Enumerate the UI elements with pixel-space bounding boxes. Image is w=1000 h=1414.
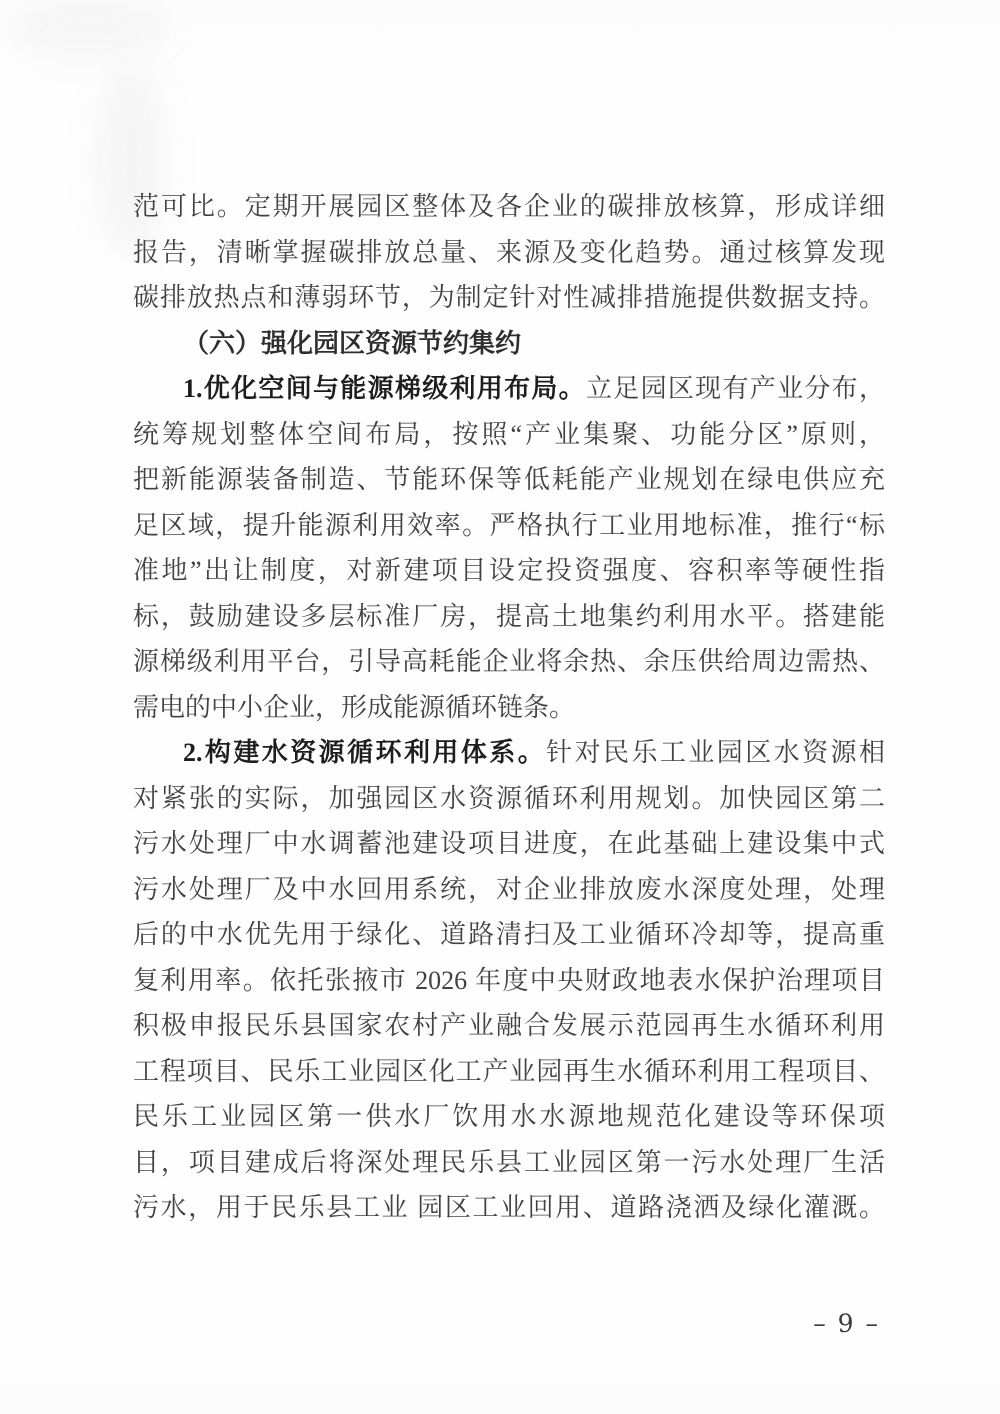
text-line: 污水处理厂及中水回用系统，对企业排放废水深度处理，处理 (133, 867, 885, 913)
line-text: 碳排放热点和薄弱环节，为制定针对性减排措施提供数据支持。 (133, 283, 885, 312)
line-text: 范可比。定期开展园区整体及各企业的碳排放核算，形成详细 (133, 192, 885, 221)
line-text: 报告，清晰掌握碳排放总量、来源及变化趋势。通过核算发现 (133, 238, 885, 267)
line-text: 针对民乐工业园区水资源相 (546, 738, 885, 767)
text-line: 标，鼓励建设多层标准厂房，提高土地集约利用水平。搭建能 (133, 594, 885, 640)
text-line: 目，项目建成后将深处理民乐县工业园区第一污水处理厂生活 (133, 1140, 885, 1186)
line-text: 把新能源装备制造、节能环保等低耗能产业规划在绿电供应充 (133, 465, 885, 494)
line-text: 统筹规划整体空间布局，按照“产业集聚、功能分区”原则， (133, 420, 885, 449)
line-text: 目，项目建成后将深处理民乐县工业园区第一污水处理厂生活 (133, 1148, 885, 1177)
text-line: 把新能源装备制造、节能环保等低耗能产业规划在绿电供应充 (133, 457, 885, 503)
scan-artifact (10, 0, 170, 60)
text-line: 污水处理厂中水调蓄池建设项目进度，在此基础上建设集中式 (133, 821, 885, 867)
line-text: 立足园区现有产业分布， (586, 374, 885, 403)
line-text: 对紧张的实际，加强园区水资源循环利用规划。加快园区第二 (133, 784, 885, 813)
subheading-line: 2.构建水资源循环利用体系。针对民乐工业园区水资源相 (133, 730, 885, 776)
document-page: 范可比。定期开展园区整体及各企业的碳排放核算，形成详细 报告，清晰掌握碳排放总量… (0, 0, 1000, 1414)
line-lead: 1.优化空间与能源梯级利用布局。 (183, 374, 586, 403)
section-heading: （六）强化园区资源节约集约 (133, 321, 885, 367)
text-line: 范可比。定期开展园区整体及各企业的碳排放核算，形成详细 (133, 184, 885, 230)
line-text: 准地”出让制度，对新建项目设定投资强度、容积率等硬性指 (133, 556, 885, 585)
line-text: 需电的中小企业，形成能源循环链条。 (133, 693, 575, 722)
text-line: 碳排放热点和薄弱环节，为制定针对性减排措施提供数据支持。 (133, 275, 885, 321)
line-text: 工程项目、民乐工业园区化工产业园再生水循环利用工程项目、 (133, 1057, 885, 1086)
line-text: 污水处理厂及中水回用系统，对企业排放废水深度处理，处理 (133, 875, 885, 904)
text-line: 后的中水优先用于绿化、道路清扫及工业循环冷却等，提高重 (133, 912, 885, 958)
text-line: 工程项目、民乐工业园区化工产业园再生水循环利用工程项目、 (133, 1049, 885, 1095)
line-text: 复利用率。依托张掖市 2026 年度中央财政地表水保护治理项目 (133, 966, 885, 995)
text-line: 足区域，提升能源利用效率。严格执行工业用地标准，推行“标 (133, 503, 885, 549)
text-line: 积极申报民乐县国家农村产业融合发展示范园再生水循环利用 (133, 1003, 885, 1049)
line-lead: 2.构建水资源循环利用体系。 (183, 738, 546, 767)
text-line: 复利用率。依托张掖市 2026 年度中央财政地表水保护治理项目 (133, 958, 885, 1004)
text-line: 统筹规划整体空间布局，按照“产业集聚、功能分区”原则， (133, 412, 885, 458)
line-text: 污水，用于民乐县工业 园区工业回用、道路浇洒及绿化灌溉。 (133, 1193, 885, 1222)
line-text: 污水处理厂中水调蓄池建设项目进度，在此基础上建设集中式 (133, 829, 885, 858)
text-line: 需电的中小企业，形成能源循环链条。 (133, 685, 885, 731)
text-line: 民乐工业园区第一供水厂饮用水水源地规范化建设等环保项 (133, 1094, 885, 1140)
line-text: 后的中水优先用于绿化、道路清扫及工业循环冷却等，提高重 (133, 920, 885, 949)
line-text: 源梯级利用平台，引导高耗能企业将余热、余压供给周边需热、 (133, 647, 885, 676)
line-text: 标，鼓励建设多层标准厂房，提高土地集约利用水平。搭建能 (133, 602, 885, 631)
line-lead: （六）强化园区资源节约集约 (183, 329, 521, 358)
line-text: 足区域，提升能源利用效率。严格执行工业用地标准，推行“标 (133, 511, 885, 540)
text-line: 污水，用于民乐县工业 园区工业回用、道路浇洒及绿化灌溉。 (133, 1185, 885, 1231)
text-line: 准地”出让制度，对新建项目设定投资强度、容积率等硬性指 (133, 548, 885, 594)
subheading-line: 1.优化空间与能源梯级利用布局。立足园区现有产业分布， (133, 366, 885, 412)
body-text-block: 范可比。定期开展园区整体及各企业的碳排放核算，形成详细 报告，清晰掌握碳排放总量… (133, 184, 885, 1231)
text-line: 源梯级利用平台，引导高耗能企业将余热、余压供给周边需热、 (133, 639, 885, 685)
page-number: – 9 – (813, 1309, 880, 1338)
text-line: 报告，清晰掌握碳排放总量、来源及变化趋势。通过核算发现 (133, 230, 885, 276)
line-text: 民乐工业园区第一供水厂饮用水水源地规范化建设等环保项 (133, 1102, 885, 1131)
line-text: 积极申报民乐县国家农村产业融合发展示范园再生水循环利用 (133, 1011, 885, 1040)
text-line: 对紧张的实际，加强园区水资源循环利用规划。加快园区第二 (133, 776, 885, 822)
